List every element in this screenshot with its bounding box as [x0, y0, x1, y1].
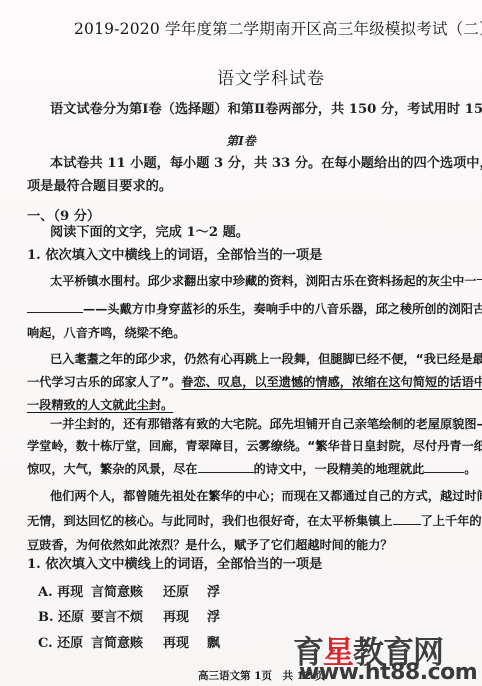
- exam-subtitle: 语文学科试卷: [0, 64, 482, 89]
- volume-desc-line2: 项是最符合题目要求的。: [27, 175, 172, 194]
- question-prompt: 1. 依次填入文中横线上的词语，全部恰当的一项是: [27, 553, 322, 572]
- option-word: 还原: [163, 581, 189, 600]
- option-word: 飘: [207, 632, 220, 651]
- passage-line: 豆豉香，为何依然如此浓烈？是什么，赋予了它们超越时间的能力？: [27, 536, 393, 553]
- exam-intro: 语文试卷分为第Ⅰ卷（选择题）和第Ⅱ卷两部分，共 150 分，考试用时 150 分…: [50, 98, 482, 117]
- dash: [477, 279, 482, 280]
- fill-blank: [198, 460, 254, 473]
- option-word: 再现: [163, 606, 189, 625]
- fill-blank: [424, 460, 464, 473]
- passage-text: ——头戴方巾身穿蓝衫的乐生，奏响手中的八音乐器，邱之稜所创的浏阳古乐声: [83, 302, 482, 316]
- option-word: 再现: [163, 632, 189, 651]
- option-word: 言简意赅: [91, 632, 143, 651]
- passage-text: 无情，到达回忆的核心。与此同时，我们也很好奇，在太平桥集镇上: [27, 514, 393, 528]
- passage-line: 他们两个人，都曾随先祖处在繁华的中心；而现在又都通过自己的方式，越过时间的: [50, 487, 482, 504]
- passage-text: 的诗文中，一段精美的地理就此: [254, 462, 425, 476]
- fill-blank: [393, 512, 421, 525]
- passage-line: 无情，到达回忆的核心。与此同时，我们也很好奇，在太平桥集镇上了上千年的阵阵: [27, 512, 482, 529]
- passage-text: 惊叹，大气，繁杂的风景，尽在: [27, 462, 198, 476]
- exam-title: 2019-2020 学年度第二学期南开区高三年级模拟考试（二）: [74, 17, 482, 39]
- underlined-sentence: 眷恋、叹息，以至遗憾的情感，浓缩在这句简短的话语中，: [181, 375, 482, 389]
- passage-line: 惊叹，大气，繁杂的风景，尽在的诗文中，一段精美的地理就此。: [27, 460, 476, 477]
- passage-text: 。: [464, 462, 476, 476]
- passage-line: 太平桥镇水围村。邱少求翻出家中珍藏的资料，浏阳古乐在资料扬起的灰尘中一: [50, 272, 482, 289]
- exam-page: 2019-2020 学年度第二学期南开区高三年级模拟考试（二） 语文学科试卷 语…: [0, 0, 482, 686]
- fill-blank: [27, 300, 83, 313]
- passage-line: 已入耄耋之年的邱少求，仍然有心再跳上一段舞，但腿脚已经不便，“我已经是最后: [50, 350, 482, 367]
- passage-line: ——头戴方巾身穿蓝衫的乐生，奏响手中的八音乐器，邱之稜所创的浏阳古乐声: [27, 300, 482, 317]
- passage-text: 一代学习古乐的邱家人了”。: [27, 375, 181, 389]
- option-word: C. 还原: [38, 632, 83, 651]
- section-instruction: 阅读下面的文字，完成 1～2 题。: [50, 221, 249, 240]
- volume-desc-line1: 本试卷共 11 小题，每小题 3 分，共 33 分。在每小题给出的四个选项中，只…: [50, 152, 482, 171]
- option-word: 浮: [207, 606, 220, 625]
- passage-line: 一代学习古乐的邱家人了”。眷恋、叹息，以至遗憾的情感，浓缩在这句简短的话语中，: [27, 373, 482, 390]
- option-word: B. 还原: [38, 606, 84, 625]
- volume-heading: 第Ⅰ卷: [0, 132, 482, 149]
- watermark-url: www.ht88.com: [299, 660, 477, 685]
- passage-line: 一并尘封的，还有那错落有致的大宅院。邱先坦铺开自己亲笔绘制的老屋原貌图——: [50, 415, 482, 432]
- underlined-sentence: 一段精致的人文就此尘封。: [27, 396, 173, 413]
- passage-text: 太平桥镇水围村。邱少求翻出家中珍藏的资料，浏阳古乐在资料扬起的灰尘中一: [50, 274, 477, 288]
- question-prompt-top: 1. 依次填入文中横线上的词语，全部恰当的一项是: [27, 244, 322, 263]
- passage-text: 了上千年的阵阵: [421, 514, 482, 528]
- option-word: 言简意赅: [91, 581, 143, 600]
- passage-line: 响起，八音齐鸣，绕梁不绝。: [27, 324, 185, 341]
- passage-line: 学堂岭，数十栋厅堂，回廊，青翠障目，云雾缭绕。“繁华昔日皇封院，尽付丹青一纸中。…: [27, 437, 482, 454]
- option-word: 要言不烦: [91, 606, 143, 625]
- option-word: A. 再现: [38, 581, 83, 600]
- subtitle-text: 语文学科试卷: [217, 69, 325, 89]
- option-word: 浮: [207, 581, 220, 600]
